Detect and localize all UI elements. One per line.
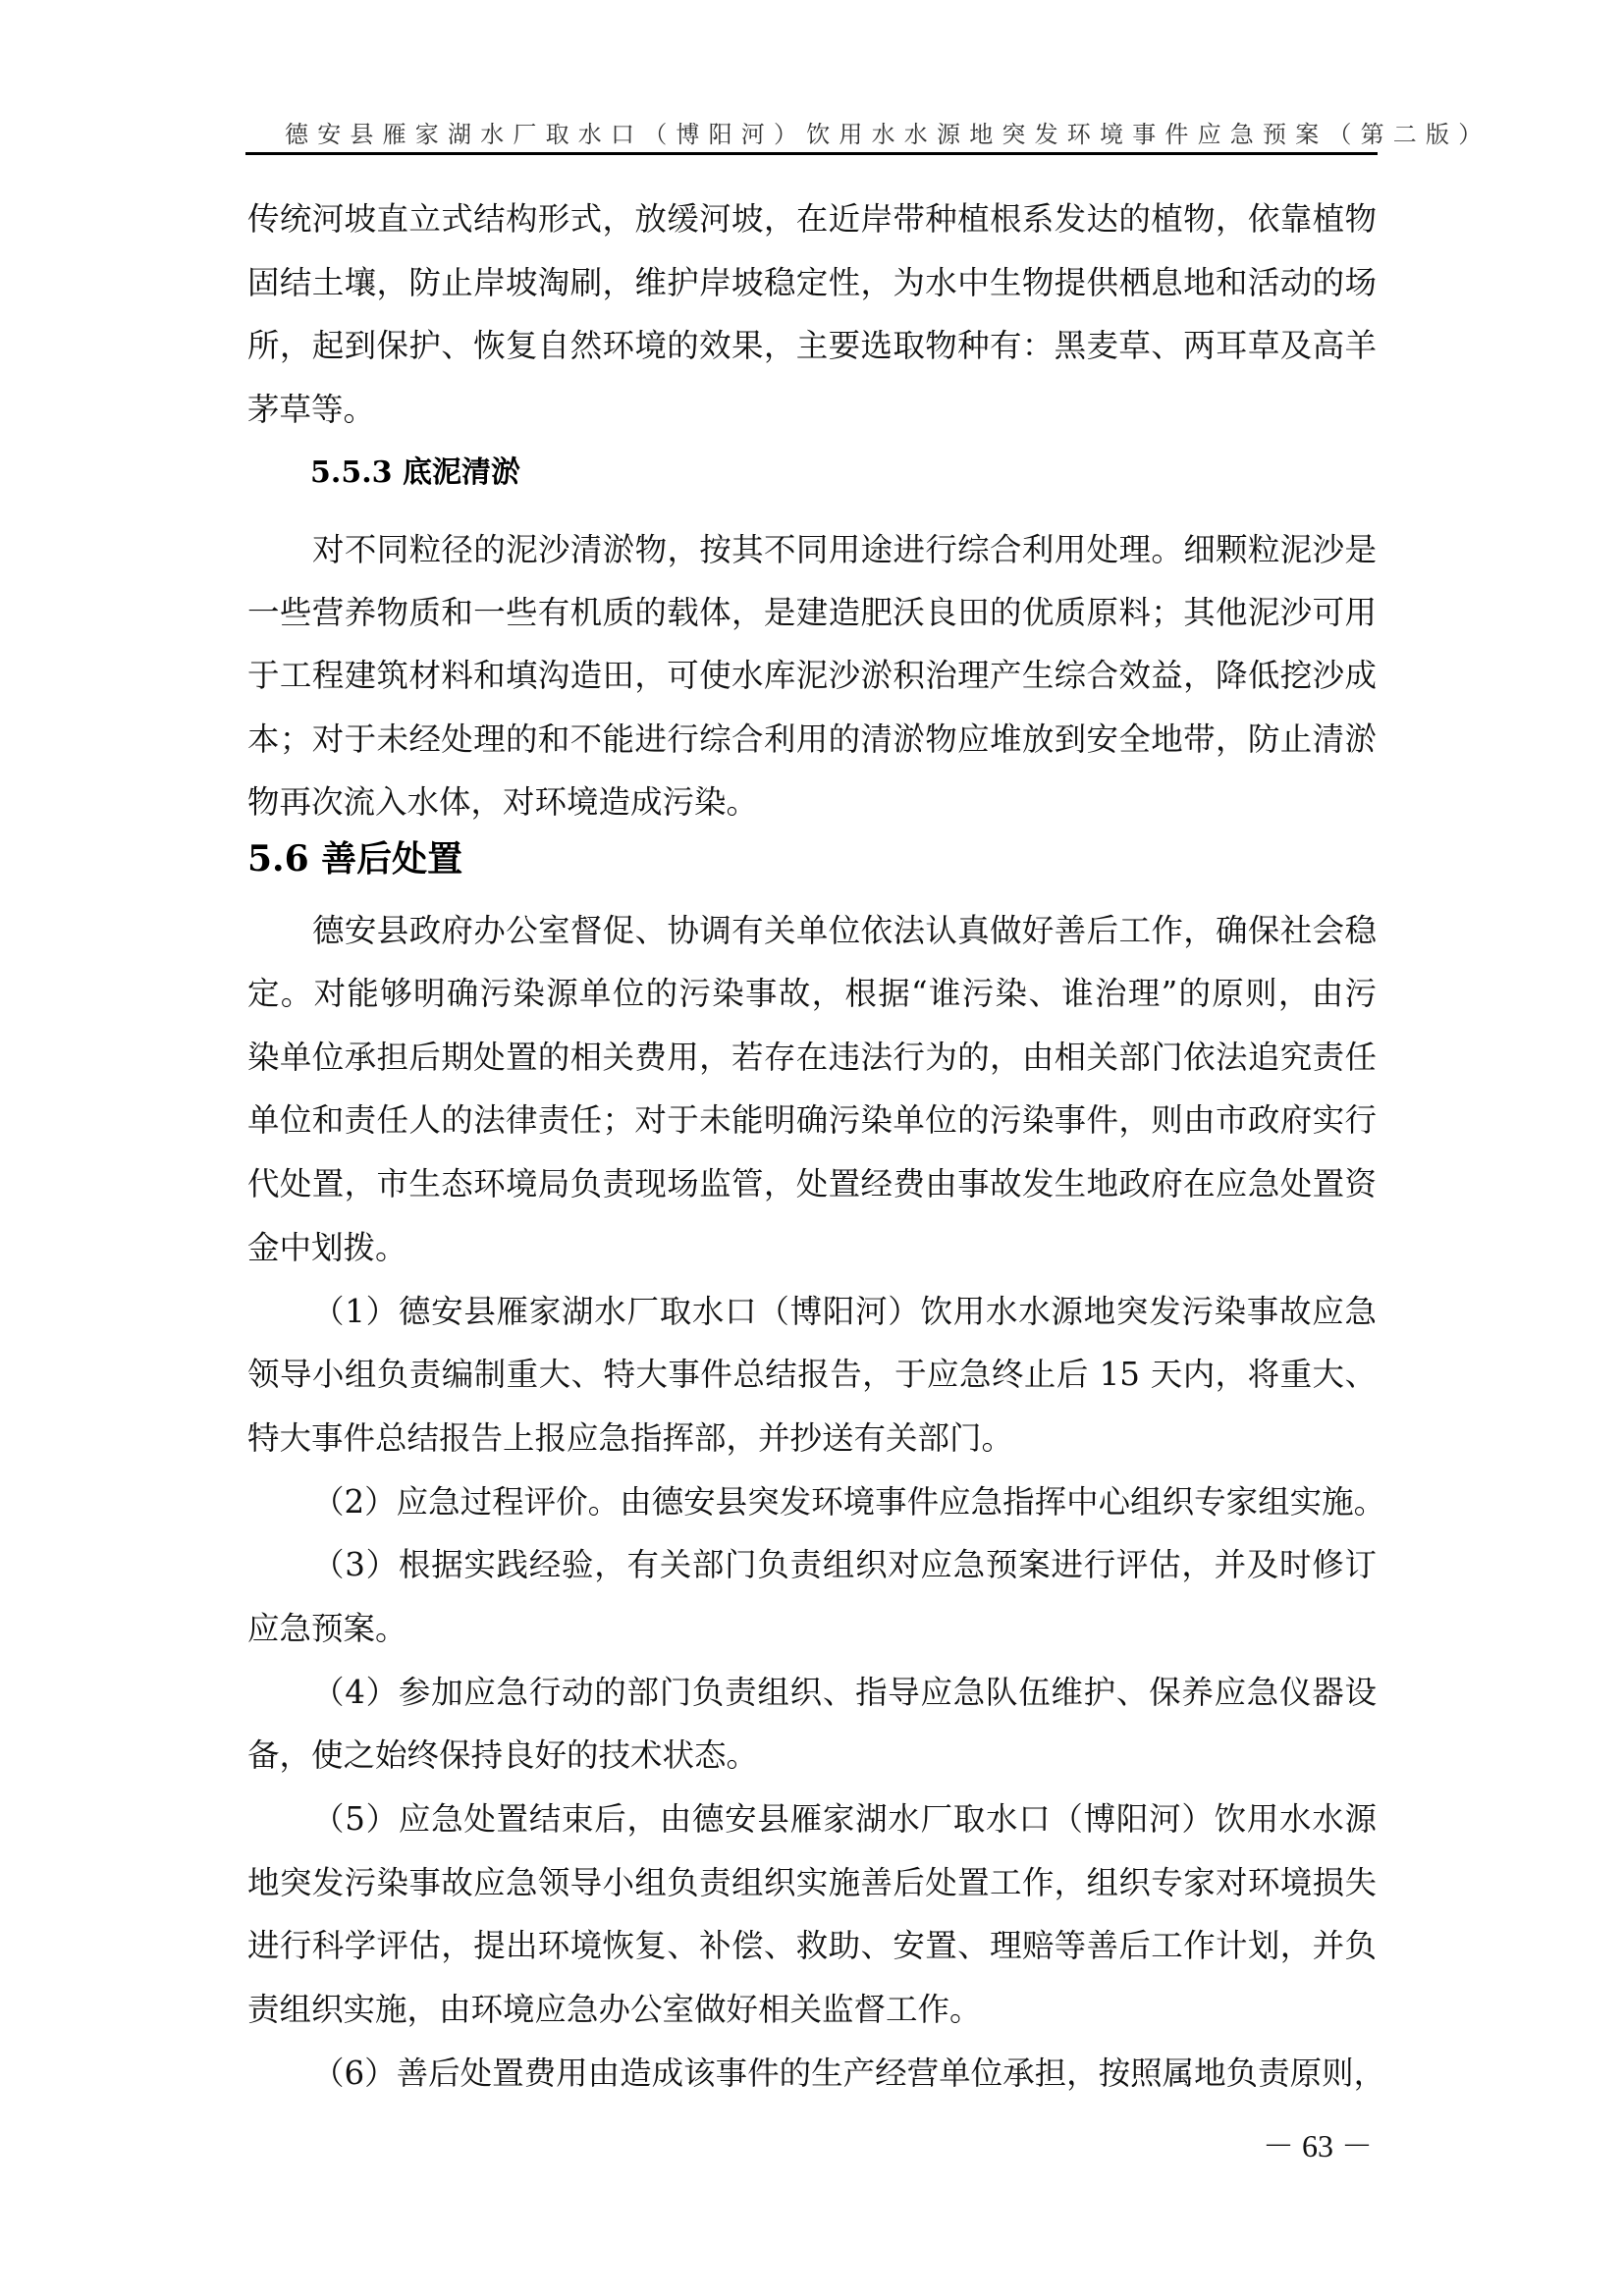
paragraph-line: 一些营养物质和一些有机质的载体，是建造肥沃良田的优质原料；其他泥沙可用 (247, 593, 1377, 632)
paragraph-line: 定。对能够明确污染源单位的污染事故，根据“谁污染、谁治理”的原则，由污 (247, 974, 1377, 1013)
list-item-1-line: （1）德安县雁家湖水厂取水口（博阳河）饮用水水源地突发污染事故应急 (247, 1292, 1377, 1331)
page-number: － 63 － (1257, 2126, 1379, 2165)
paragraph-line: 染单位承担后期处置的相关费用，若存在违法行为的，由相关部门依法追究责任 (247, 1038, 1377, 1077)
page-header: 德安县雁家湖水厂取水口（博阳河）饮用水水源地突发环境事件应急预案（第二版） (245, 116, 1378, 155)
list-item-1-line: 特大事件总结报告上报应急指挥部，并抄送有关部门。 (247, 1418, 1377, 1458)
document-title: 德安县雁家湖水厂取水口（博阳河）饮用水水源地突发环境事件应急预案（第二版） (285, 116, 1328, 153)
paragraph-line: 德安县政府办公室督促、协调有关单位依法认真做好善后工作，确保社会稳 (247, 911, 1377, 950)
paragraph-line: 所，起到保护、恢复自然环境的效果，主要选取物种有：黑麦草、两耳草及高羊 (247, 326, 1377, 365)
paragraph-line: 传统河坡直立式结构形式，放缓河坡，在近岸带种植根系发达的植物，依靠植物 (247, 199, 1377, 239)
paragraph-line: 固结土壤，防止岸坡淘刷，维护岸坡稳定性，为水中生物提供栖息地和活动的场 (247, 263, 1377, 302)
list-item-5-line: 责组织实施，由环境应急办公室做好相关监督工作。 (247, 1990, 1377, 2029)
paragraph-line: 单位和责任人的法律责任；对于未能明确污染单位的污染事件，则由市政府实行 (247, 1100, 1377, 1140)
list-item-5-line: （5）应急处置结束后，由德安县雁家湖水厂取水口（博阳河）饮用水水源 (247, 1799, 1377, 1839)
list-item-5-line: 进行科学评估，提出环境恢复、补偿、救助、安置、理赔等善后工作计划，并负 (247, 1926, 1377, 1965)
paragraph-line: 于工程建筑材料和填沟造田，可使水库泥沙淤积治理产生综合效益，降低挖沙成 (247, 656, 1377, 695)
list-item-3-line: 应急预案。 (247, 1609, 1377, 1648)
paragraph-line: 金中划拨。 (247, 1228, 1377, 1267)
list-item-5-line: 地突发污染事故应急领导小组负责组织实施善后处置工作，组织专家对环境损失 (247, 1863, 1377, 1902)
section-heading-5-6: 5.6 善后处置 (247, 836, 462, 881)
paragraph-line: 对不同粒径的泥沙清淤物，按其不同用途进行综合利用处理。细颗粒泥沙是 (247, 530, 1377, 569)
list-item-4-line: （4）参加应急行动的部门负责组织、指导应急队伍维护、保养应急仪器设 (247, 1673, 1377, 1712)
paragraph-line: 茅草等。 (247, 390, 1377, 429)
list-item-3-line: （3）根据实践经验，有关部门负责组织对应急预案进行评估，并及时修订 (247, 1545, 1377, 1584)
paragraph-line: 物再次流入水体，对环境造成污染。 (247, 782, 1377, 822)
list-item-4-line: 备，使之始终保持良好的技术状态。 (247, 1735, 1377, 1775)
list-item-6-line: （6）善后处置费用由造成该事件的生产经营单位承担，按照属地负责原则， (247, 2054, 1377, 2093)
paragraph-line: 本；对于未经处理的和不能进行综合利用的清淤物应堆放到安全地带，防止清淤 (247, 720, 1377, 759)
paragraph-line: 代处置，市生态环境局负责现场监管，处置经费由事故发生地政府在应急处置资 (247, 1164, 1377, 1203)
header-rule (245, 152, 1378, 155)
list-item-2-line: （2）应急过程评价。由德安县突发环境事件应急指挥中心组织专家组实施。 (247, 1482, 1377, 1522)
list-item-1-line: 领导小组负责编制重大、特大事件总结报告，于应急终止后 15 天内，将重大、 (247, 1355, 1377, 1394)
section-heading-5-5-3: 5.5.3 底泥清淤 (310, 454, 520, 493)
